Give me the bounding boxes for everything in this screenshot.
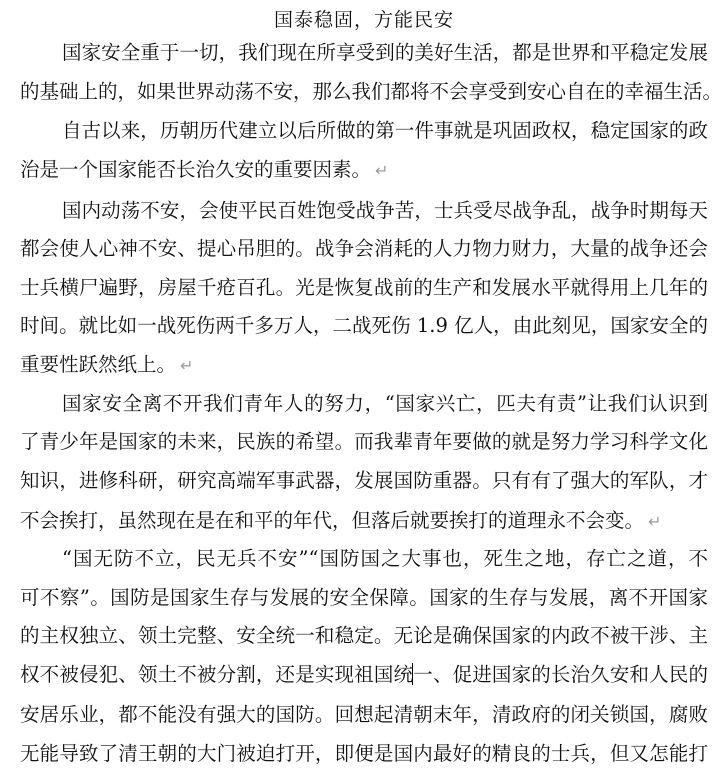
text-line[interactable]: 可不察”。国防是国家生存与发展的安全保障。国家的生存与发展，离不开国家 — [20, 583, 708, 613]
text-before-cursor: 权不被侵犯、领土不被分割，还是实现祖国统 — [20, 663, 413, 686]
line-text: 士兵横尸遍野，房屋千疮百孔。光是恢复战前的生产和发展水平就得用上几年的 — [20, 276, 708, 299]
text-line[interactable]: 国家安全离不开我们青年人的努力，“国家兴亡，匹夫有责”让我们认识到 — [62, 389, 708, 419]
text-line[interactable]: 了青少年是国家的未来，民族的希望。而我辈青年要做的就是努力学习科学文化 — [20, 427, 708, 457]
paragraph-mark-icon: ↵ — [375, 161, 388, 180]
line-text: 时间。就比如一战死伤两千多万人，二战死伤 1.9 亿人，由此刻见，国家安全的 — [20, 314, 708, 337]
line-text: 不会挨打，虽然现在是在和平的年代，但落后就要挨打的道理永不会变。 — [20, 509, 644, 532]
line-text: 的主权独立、领土完整、安全统一和稳定。无论是确保国家的内政不被干涉、主 — [20, 624, 708, 647]
text-line[interactable]: 自古以来，历朝历代建立以后所做的第一件事就是巩固政权，稳定国家的政 — [62, 116, 708, 146]
text-line[interactable]: 治是一个国家能否长治久安的重要因素。↵ — [20, 155, 708, 185]
line-text: 知识，进修科研，研究高端军事武器，发展国防重器。只有有了强大的军队，才 — [20, 469, 708, 492]
text-line[interactable]: 不会挨打，虽然现在是在和平的年代，但落后就要挨打的道理永不会变。↵ — [20, 506, 708, 536]
line-text: 重要性跃然纸上。 — [20, 353, 176, 376]
text-line[interactable]: 时间。就比如一战死伤两千多万人，二战死伤 1.9 亿人，由此刻见，国家安全的 — [20, 311, 708, 341]
text-line[interactable]: 国内动荡不安，会使平民百姓饱受战争苦，士兵受尽战争乱，战争时期每天 — [62, 196, 708, 226]
line-text: 都会使人心神不安、提心吊胆的。战争会消耗的人力物力财力，大量的战争还会 — [20, 237, 708, 260]
text-line[interactable]: 国家安全重于一切，我们现在所享受到的美好生活，都是世界和平稳定发展 — [62, 38, 708, 68]
line-text: “国无防不立，民无兵不安”“国防国之大事也，死生之地，存亡之道，不 — [62, 547, 708, 570]
line-text: 国家安全重于一切，我们现在所享受到的美好生活，都是世界和平稳定发展 — [62, 41, 708, 64]
text-line[interactable]: 知识，进修科研，研究高端军事武器，发展国防重器。只有有了强大的军队，才 — [20, 466, 708, 496]
line-text: 了青少年是国家的未来，民族的希望。而我辈青年要做的就是努力学习科学文化 — [20, 430, 708, 453]
text-line[interactable]: 安居乐业，都不能没有强大的国防。回想起清朝末年，清政府的闭关锁国，腐败 — [20, 700, 708, 730]
line-text: 安居乐业，都不能没有强大的国防。回想起清朝末年，清政府的闭关锁国，腐败 — [20, 703, 708, 726]
text-line[interactable]: “国无防不立，民无兵不安”“国防国之大事也，死生之地，存亡之道，不 — [62, 544, 708, 574]
text-line[interactable]: 都会使人心神不安、提心吊胆的。战争会消耗的人力物力财力，大量的战争还会 — [20, 234, 708, 264]
line-text: 一、促进国家的长治久安和人民的 — [413, 663, 708, 686]
line-text: 无能导致了清王朝的大门被迫打开，即便是国内最好的精良的士兵，但又怎能打 — [20, 742, 708, 765]
line-text: 可不察”。国防是国家生存与发展的安全保障。国家的生存与发展，离不开国家 — [20, 586, 708, 609]
line-text: 国内动荡不安，会使平民百姓饱受战争苦，士兵受尽战争乱，战争时期每天 — [62, 199, 708, 222]
text-line[interactable]: 无能导致了清王朝的大门被迫打开，即便是国内最好的精良的士兵，但又怎能打 — [20, 739, 708, 769]
paragraph-mark-icon: ↵ — [180, 356, 193, 375]
paragraph-mark-icon: ↵ — [648, 512, 661, 531]
text-line[interactable]: 的基础上的，如果世界动荡不安，那么我们都将不会享受到安心自在的幸福生活。 — [20, 77, 708, 107]
text-line[interactable]: 权不被侵犯、领土不被分割，还是实现祖国统一、促进国家的长治久安和人民的 — [20, 660, 708, 690]
document-title: 国泰稳固，方能民安 — [0, 6, 728, 34]
line-text: 自古以来，历朝历代建立以后所做的第一件事就是巩固政权，稳定国家的政 — [62, 119, 708, 142]
line-text: 国家安全离不开我们青年人的努力，“国家兴亡，匹夫有责”让我们认识到 — [62, 392, 708, 415]
line-text: 治是一个国家能否长治久安的重要因素。 — [20, 158, 371, 181]
text-line[interactable]: 的主权独立、领土完整、安全统一和稳定。无论是确保国家的内政不被干涉、主 — [20, 621, 708, 651]
document-page[interactable]: 国泰稳固，方能民安 国家安全重于一切，我们现在所享受到的美好生活，都是世界和平稳… — [0, 0, 728, 782]
text-line[interactable]: 士兵横尸遍野，房屋千疮百孔。光是恢复战前的生产和发展水平就得用上几年的 — [20, 273, 708, 303]
line-text: 的基础上的，如果世界动荡不安，那么我们都将不会享受到安心自在的幸福生活。 — [20, 80, 722, 103]
text-line[interactable]: 重要性跃然纸上。↵ — [20, 350, 708, 380]
